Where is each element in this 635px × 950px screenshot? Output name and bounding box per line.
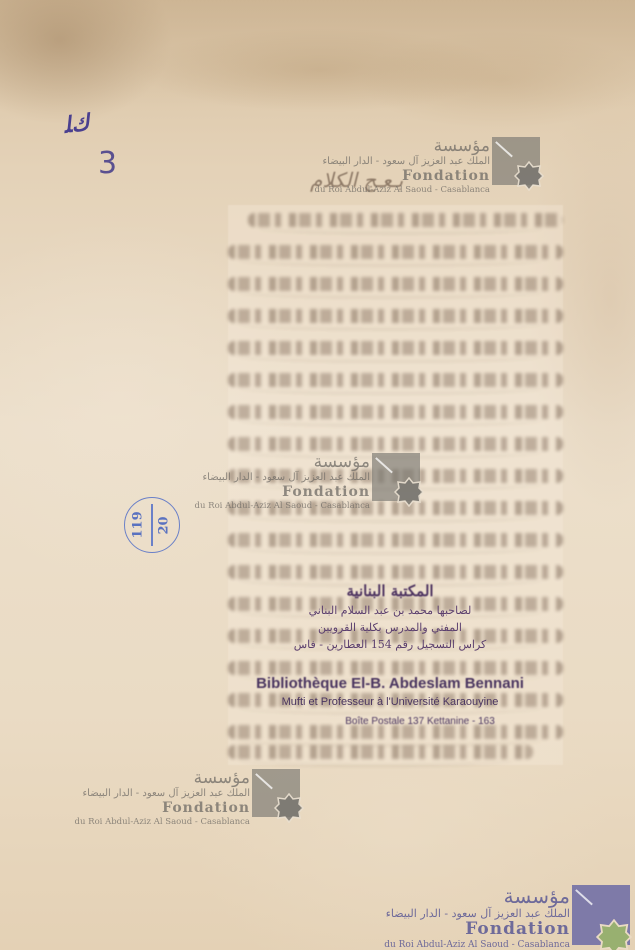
star-emblem-icon <box>514 161 544 191</box>
folio-number: 3 <box>98 146 117 181</box>
blue-scribble-mark: ﻙﻠ <box>62 110 91 138</box>
manuscript-line <box>228 565 563 579</box>
stamp-title-line: المفتي والمدرس بكلية القرويين <box>240 621 540 634</box>
shelfmark-number-bottom: 20 <box>157 513 172 539</box>
foundation-watermark-color: مؤسسة الملك عبد العزيز آل سعود - الدار ا… <box>572 885 630 945</box>
watermark-arabic-title: مؤسسة <box>10 769 250 787</box>
star-emblem-icon <box>596 919 632 950</box>
watermark-french-subtitle: du Roi Abdul-Aziz Al Saoud - Casablanca <box>130 500 370 512</box>
watermark-french-subtitle: du Roi Abdul-Aziz Al Saoud - Casablanca <box>290 939 570 950</box>
watermark-french-subtitle: du Roi Abdul-Aziz Al Saoud - Casablanca <box>10 816 250 828</box>
watermark-arabic-title: مؤسسة <box>130 453 370 471</box>
library-ownership-stamp-french: Bibliothèque El-B. Abdeslam Bennani Muft… <box>240 675 540 727</box>
watermark-arabic-title: مؤسسة <box>290 885 570 907</box>
manuscript-line <box>228 437 563 451</box>
foundation-watermark: مؤسسة الملك عبد العزيز آل سعود - الدار ا… <box>492 137 540 185</box>
foundation-watermark: مؤسسة الملك عبد العزيز آل سعود - الدار ا… <box>252 769 300 817</box>
manuscript-line <box>228 405 563 419</box>
stamp-address-line: كراس التسجيل رقم 154 العطارين - فاس <box>240 638 540 651</box>
stamp-library-name: المكتبة البنانية <box>240 582 540 600</box>
watermark-french-subtitle: du Roi Abdul-Aziz Al Saoud - Casablanca <box>250 184 490 196</box>
manuscript-line <box>228 373 563 387</box>
manuscript-line <box>228 277 563 291</box>
manuscript-line <box>228 725 563 739</box>
star-emblem-icon <box>394 477 424 507</box>
library-ownership-stamp: المكتبة البنانية لصاحبها محمد بن عبد الس… <box>240 582 540 651</box>
watermark-arabic-subtitle: الملك عبد العزيز آل سعود - الدار البيضاء <box>250 155 490 168</box>
manuscript-line <box>228 745 533 759</box>
stamp-fr-title-line: Mufti et Professeur à l'Université Karao… <box>240 696 540 708</box>
manuscript-line <box>228 533 563 547</box>
watermark-arabic-subtitle: الملك عبد العزيز آل سعود - الدار البيضاء <box>10 787 250 800</box>
manuscript-line <box>248 213 563 227</box>
manuscript-page: ﻙﻠ 3 ﺑـﻌـﺞ ﺍﻟﻜﻼﻡ 119 20 المكتبة البنانية… <box>0 0 635 950</box>
foundation-logo-icon <box>572 885 630 945</box>
watermark-french-title: Fondation <box>250 168 490 184</box>
star-emblem-icon <box>274 793 304 823</box>
foundation-logo-icon <box>492 137 540 185</box>
manuscript-line <box>228 341 563 355</box>
water-stain <box>0 0 635 110</box>
stamp-fr-address-line: Boîte Postale 137 Kettanine - 163 <box>240 716 540 727</box>
manuscript-line <box>228 309 563 323</box>
watermark-french-title: Fondation <box>130 484 370 500</box>
manuscript-line <box>228 661 563 675</box>
manuscript-line <box>228 245 563 259</box>
watermark-french-title: Fondation <box>10 800 250 816</box>
watermark-arabic-title: مؤسسة <box>250 137 490 155</box>
watermark-french-title: Fondation <box>290 920 570 939</box>
stamp-fr-library-name: Bibliothèque El-B. Abdeslam Bennani <box>240 675 540 692</box>
stamp-owner-line: لصاحبها محمد بن عبد السلام البناني <box>240 604 540 617</box>
foundation-logo-icon <box>252 769 300 817</box>
watermark-arabic-subtitle: الملك عبد العزيز آل سعود - الدار البيضاء <box>130 471 370 484</box>
shelfmark-number-top: 119 <box>131 513 146 539</box>
foundation-logo-icon <box>372 453 420 501</box>
foundation-watermark: مؤسسة الملك عبد العزيز آل سعود - الدار ا… <box>372 453 420 501</box>
